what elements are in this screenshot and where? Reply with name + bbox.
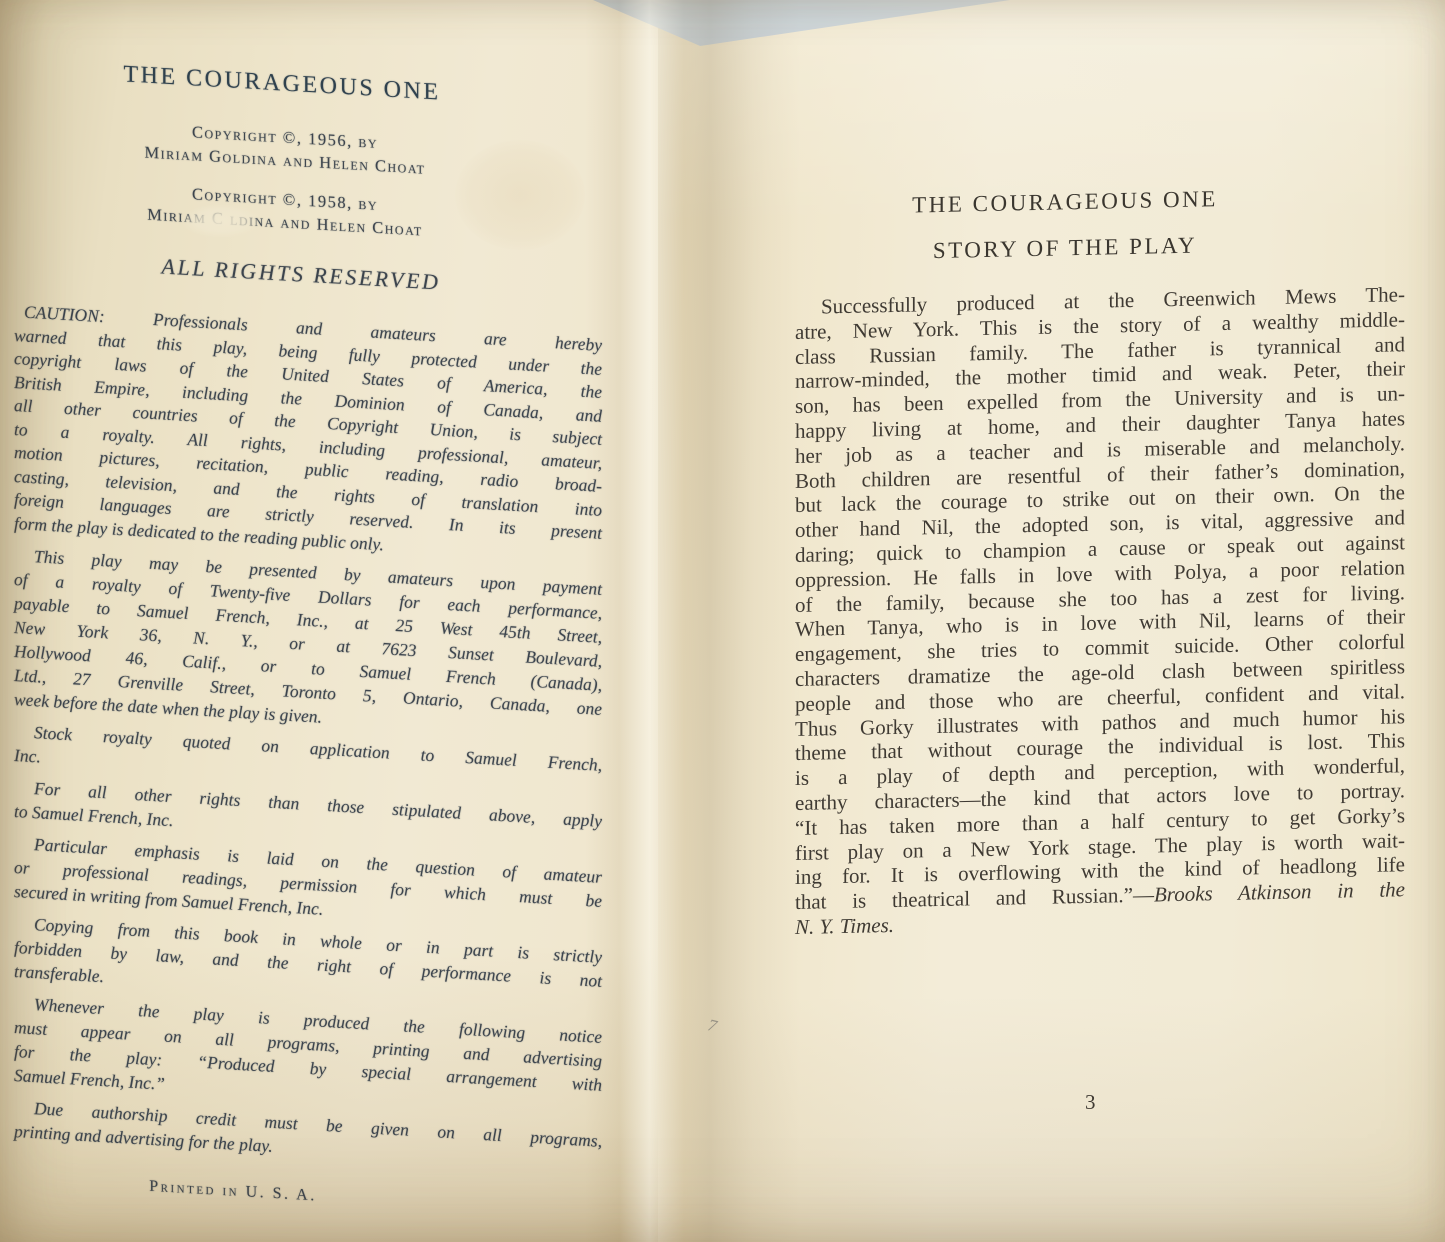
caution-paragraph: CAUTION: Professionals and amateurs are … [14, 300, 602, 569]
story-paragraph: Successfully produced at the Greenwich M… [795, 282, 1405, 939]
story-of-the-play-heading: STORY OF THE PLAY [795, 226, 1405, 269]
ink-fade-spot [183, 205, 259, 237]
royalty-paragraph: This play may be presented by amateurs u… [14, 543, 602, 745]
all-rights-reserved: ALL RIGHTS RESERVED [14, 244, 602, 306]
text-italic: N. Y. Times. [795, 913, 894, 939]
page-number: 3 [1085, 1090, 1096, 1115]
left-page-text: THE COURAGEOUS ONE Copyright ©, 1956, by… [14, 40, 602, 1225]
right-page-text: THE COURAGEOUS ONE STORY OF THE PLAY Suc… [795, 180, 1405, 939]
book-photo: THE COURAGEOUS ONE Copyright ©, 1956, by… [0, 0, 1445, 1242]
text-italic: Brooks Atkinson in the [1154, 877, 1405, 906]
